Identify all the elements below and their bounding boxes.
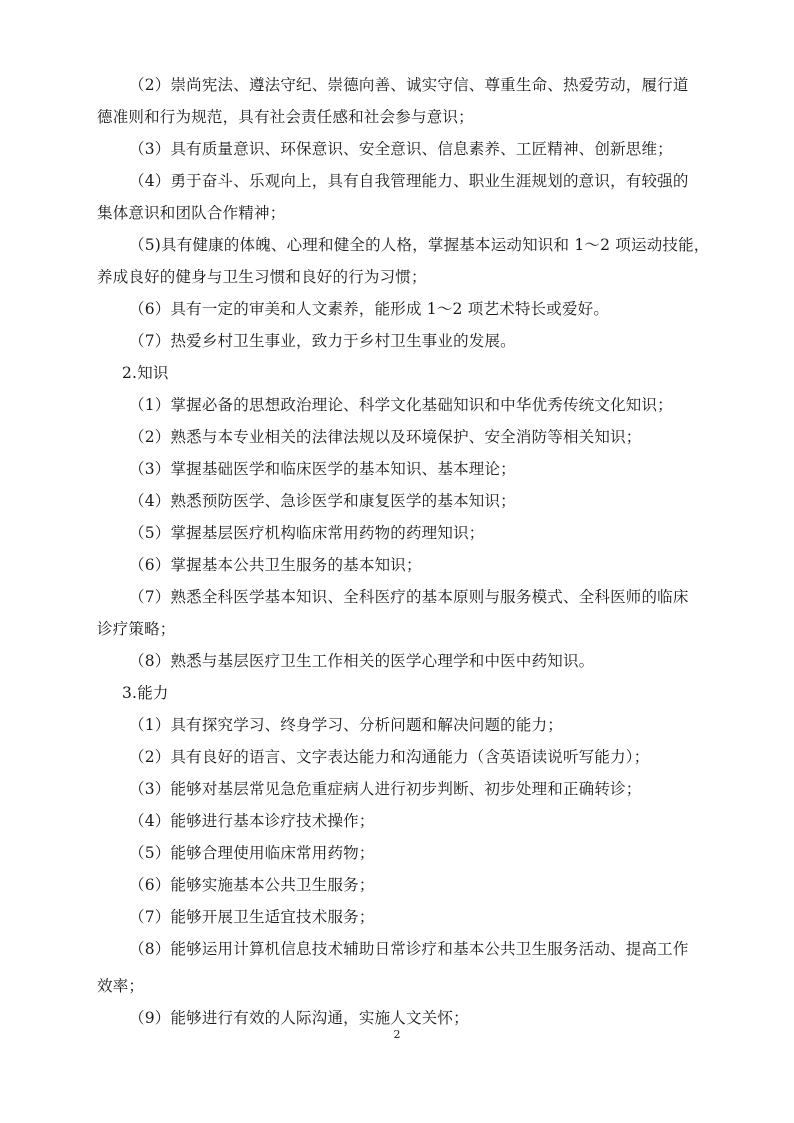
paragraph-line: （9）能够进行有效的人际沟通，实施人文关怀； bbox=[129, 1006, 469, 1028]
paragraph-line: （7）热爱乡村卫生事业，致力于乡村卫生事业的发展。 bbox=[129, 329, 516, 351]
paragraph-line: （7）熟悉全科医学基本知识、全科医疗的基本原则与服务模式、全科医师的临床 bbox=[129, 585, 689, 607]
paragraph-line: （4）熟悉预防医学、急诊医学和康复医学的基本知识； bbox=[129, 489, 516, 511]
paragraph-line: （3）具有质量意识、环保意识、安全意识、信息素养、工匠精神、创新思维； bbox=[129, 137, 673, 159]
paragraph-line: 效率； bbox=[97, 974, 144, 996]
paragraph-line: （1）具有探究学习、终身学习、分析问题和解决问题的能力； bbox=[129, 713, 563, 735]
paragraph-line: （1）掌握必备的思想政治理论、科学文化基础知识和中华优秀传统文化知识； bbox=[129, 393, 673, 415]
document-page: （2）崇尚宪法、遵法守纪、崇德向善、诚实守信、尊重生命、热爱劳动，履行道德准则和… bbox=[0, 0, 794, 1123]
paragraph-line: （4）能够进行基本诊疗技术操作； bbox=[129, 809, 375, 831]
paragraph-line: （6）能够实施基本公共卫生服务； bbox=[129, 873, 375, 895]
paragraph-line: （5)具有健康的体魄、心理和健全的人格，掌握基本运动知识和 1～2 项运动技能， bbox=[129, 233, 710, 255]
paragraph-line: （2）崇尚宪法、遵法守纪、崇德向善、诚实守信、尊重生命、热爱劳动，履行道 bbox=[129, 73, 689, 95]
page-number: 2 bbox=[0, 1028, 794, 1041]
paragraph-line: （6）具有一定的审美和人文素养，能形成 1～2 项艺术特长或爱好。 bbox=[129, 297, 609, 319]
section-heading: 3.能力 bbox=[122, 681, 169, 703]
paragraph-line: （3）能够对基层常见急危重症病人进行初步判断、初步处理和正确转诊； bbox=[129, 777, 641, 799]
paragraph-line: （8）熟悉与基层医疗卫生工作相关的医学心理学和中医中药知识。 bbox=[129, 649, 594, 671]
paragraph-line: 集体意识和团队合作精神； bbox=[97, 201, 285, 223]
paragraph-line: （2）具有良好的语言、文字表达能力和沟通能力（含英语读说听写能力）； bbox=[129, 745, 649, 767]
paragraph-line: （3）掌握基础医学和临床医学的基本知识、基本理论； bbox=[129, 457, 516, 479]
paragraph-line: （5）掌握基层医疗机构临床常用药物的药理知识； bbox=[129, 521, 484, 543]
paragraph-line: 养成良好的健身与卫生习惯和良好的行为习惯； bbox=[97, 265, 427, 287]
paragraph-line: 诊疗策略； bbox=[97, 617, 176, 639]
paragraph-line: （4）勇于奋斗、乐观向上，具有自我管理能力、职业生涯规划的意识，有较强的 bbox=[129, 169, 689, 191]
paragraph-line: （6）掌握基本公共卫生服务的基本知识； bbox=[129, 553, 422, 575]
paragraph-line: 德准则和行为规范，具有社会责任感和社会参与意识； bbox=[97, 105, 474, 127]
paragraph-line: （7）能够开展卫生适宜技术服务； bbox=[129, 905, 375, 927]
paragraph-line: （5）能够合理使用临床常用药物； bbox=[129, 841, 375, 863]
paragraph-line: （2）熟悉与本专业相关的法律法规以及环境保护、安全消防等相关知识； bbox=[129, 425, 641, 447]
paragraph-line: （8）能够运用计算机信息技术辅助日常诊疗和基本公共卫生服务活动、提高工作 bbox=[129, 937, 689, 959]
section-heading: 2.知识 bbox=[122, 361, 169, 383]
